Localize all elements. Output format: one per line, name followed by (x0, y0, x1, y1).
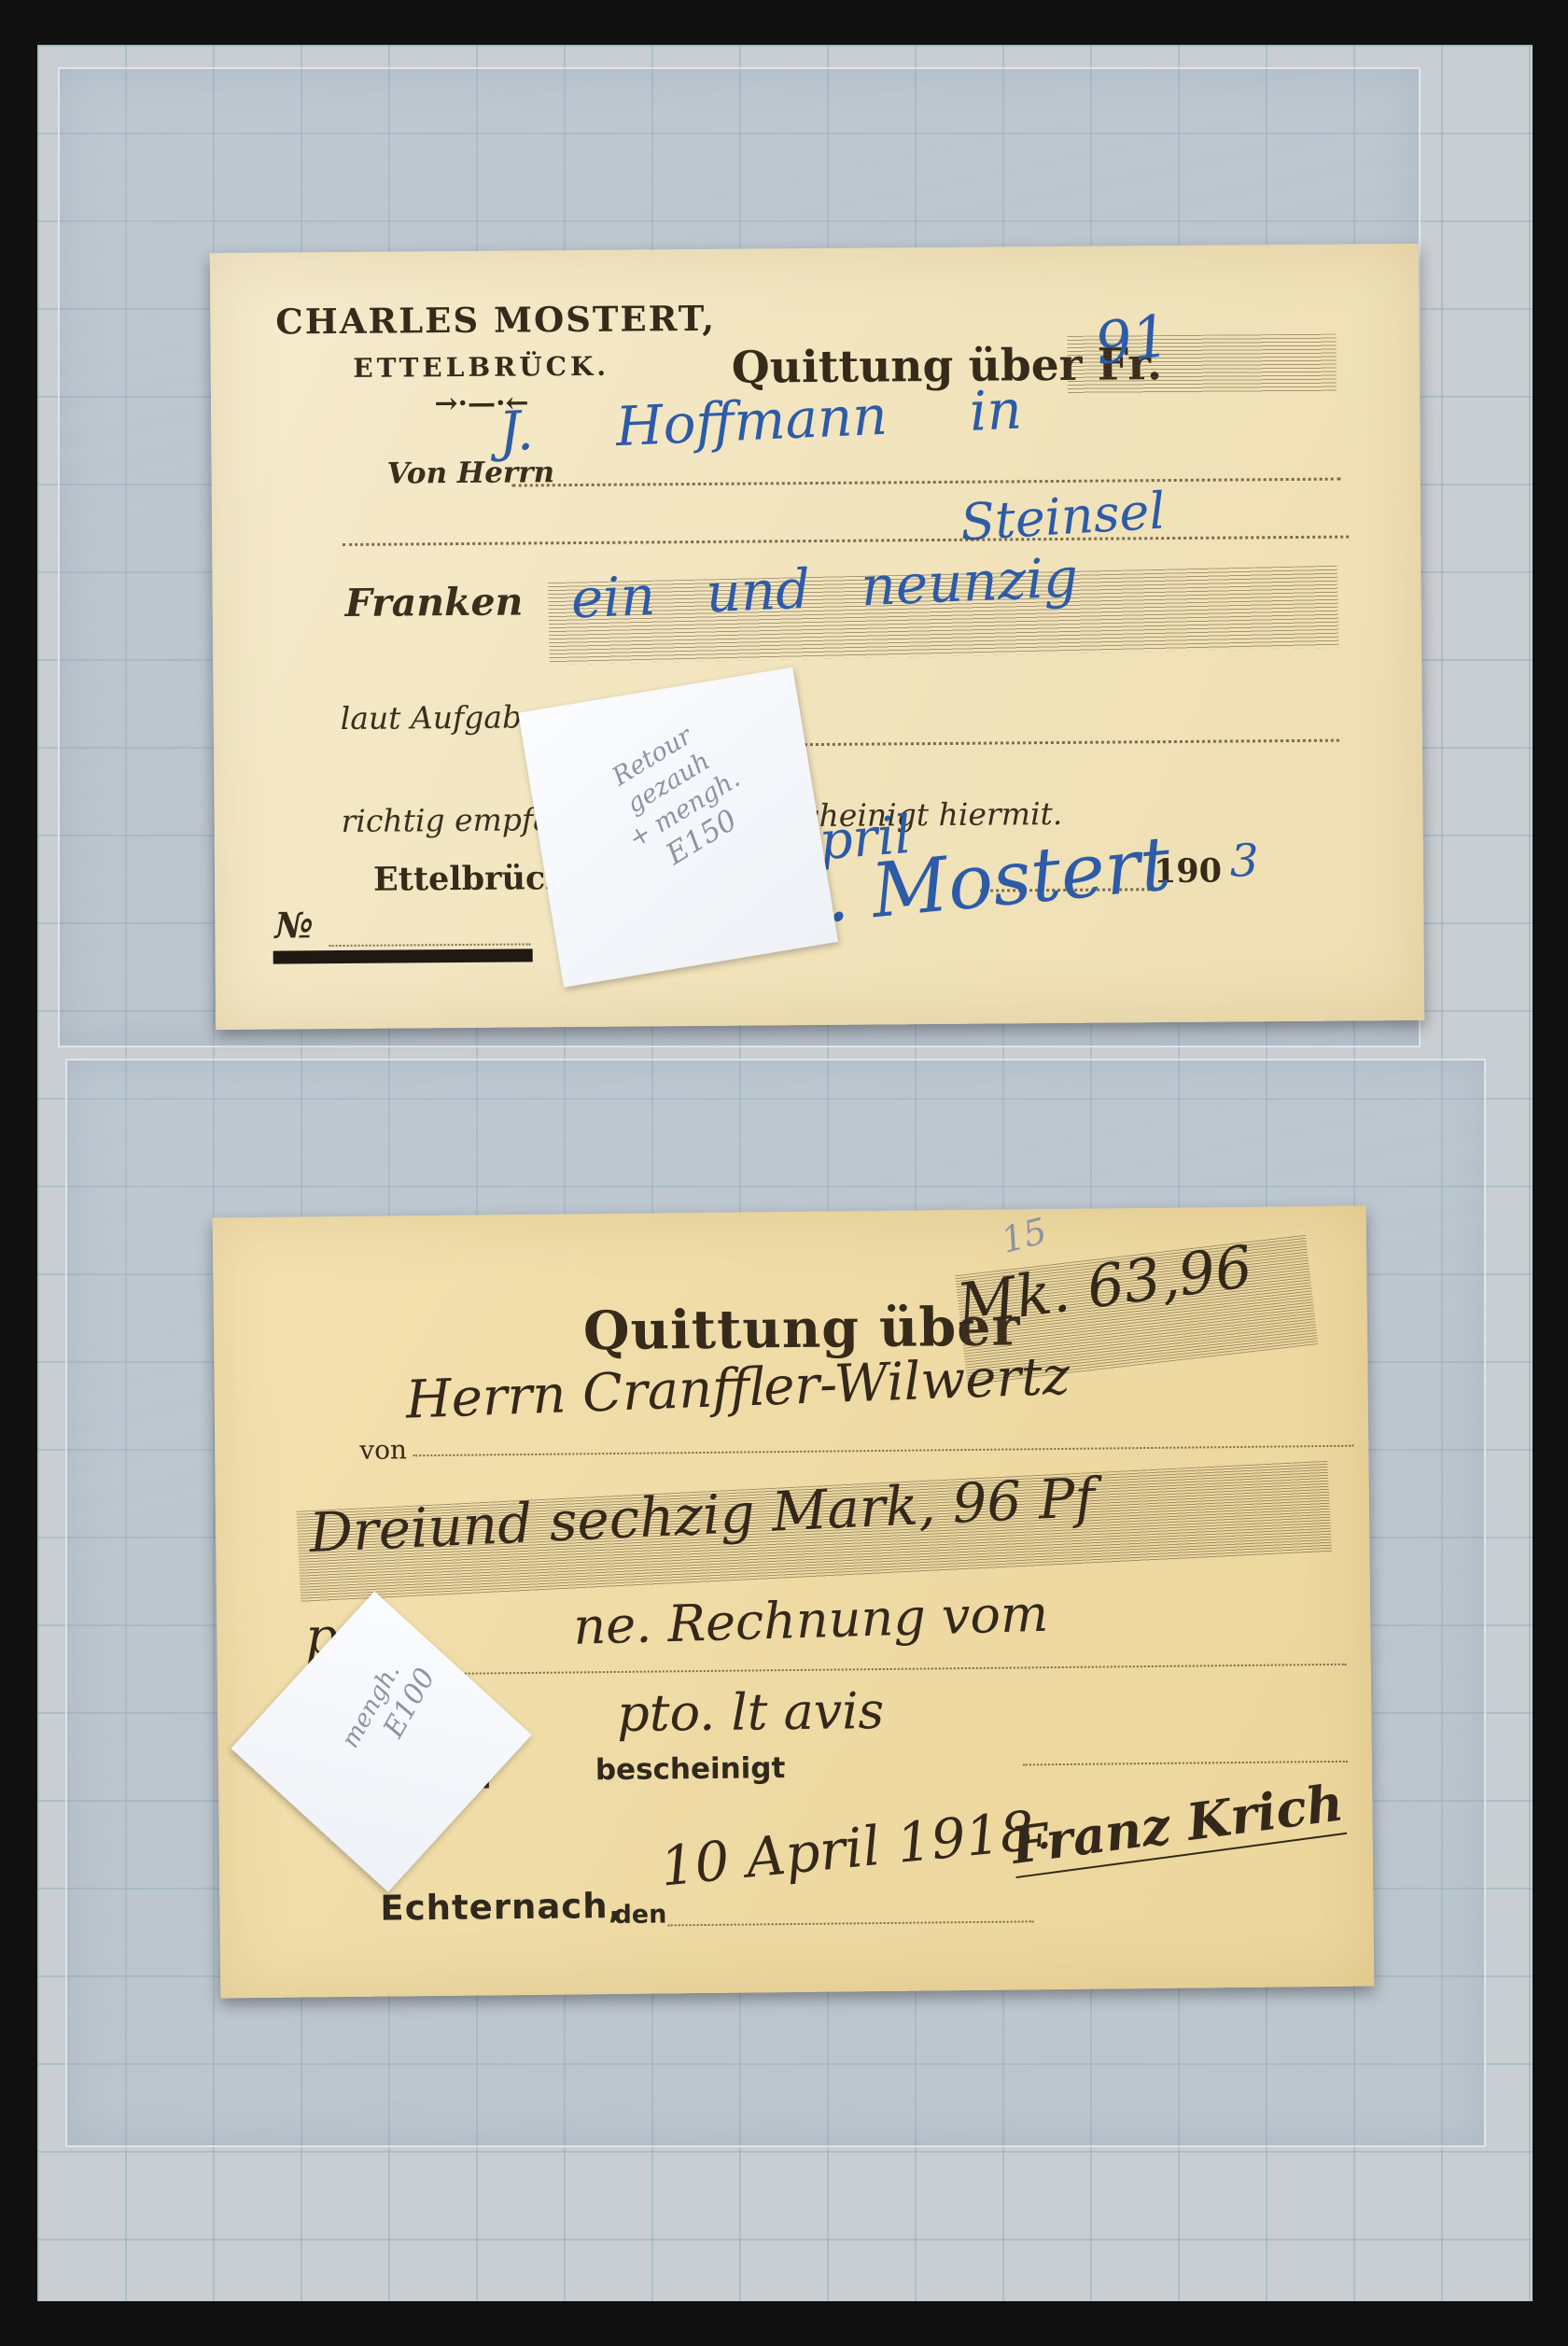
album-page: CHARLES MOSTERT, ETTELBRÜCK. →·—·← Quitt… (0, 0, 1568, 2346)
receipt-card-bottom: 15 Quittung über Mk. 63,96 von Herrn Cra… (213, 1206, 1375, 1999)
receipt-card-top: CHARLES MOSTERT, ETTELBRÜCK. →·—·← Quitt… (210, 244, 1424, 1030)
year-digit-handwritten: 3 (1230, 835, 1259, 887)
date-handwritten: 10 April 1918. (657, 1797, 1054, 1899)
currency-label: Franken (345, 579, 524, 625)
den-label: den (613, 1900, 666, 1930)
amount-figure-handwritten: 91 (1091, 302, 1173, 379)
second-line-right: pto. lt avis (617, 1681, 885, 1743)
dotted-line-3 (1023, 1761, 1348, 1766)
number-black-bar (273, 948, 533, 963)
place-label: Ettelbrück (373, 859, 568, 899)
number-dotted-line (329, 943, 531, 947)
dotted-line-1 (512, 478, 1341, 487)
per-line-right: ne. Rechnung vom (572, 1584, 1049, 1656)
payer-name-line2: Steinsel (959, 481, 1167, 552)
pencil-page-number: 15 (997, 1210, 1051, 1261)
from-label: von (359, 1434, 407, 1466)
number-label: № (274, 904, 314, 946)
dotted-line-2 (316, 1664, 1347, 1677)
merchant-name: CHARLES MOSTERT, (275, 298, 686, 342)
signature-krich: Franz Krich (1008, 1772, 1347, 1875)
payer-name: Herrn Cranffler-Wilwertz (405, 1346, 1071, 1431)
dotted-line-1 (413, 1445, 1353, 1457)
received-label-right: bescheinigt (595, 1751, 786, 1787)
confirmation-text-left: richtig empfa (341, 801, 552, 839)
place-label: Echternach, (380, 1886, 623, 1929)
date-dotted-line (668, 1920, 1034, 1926)
dotted-line-2 (343, 536, 1349, 546)
merchant-city: ETTELBRÜCK. (276, 350, 687, 384)
